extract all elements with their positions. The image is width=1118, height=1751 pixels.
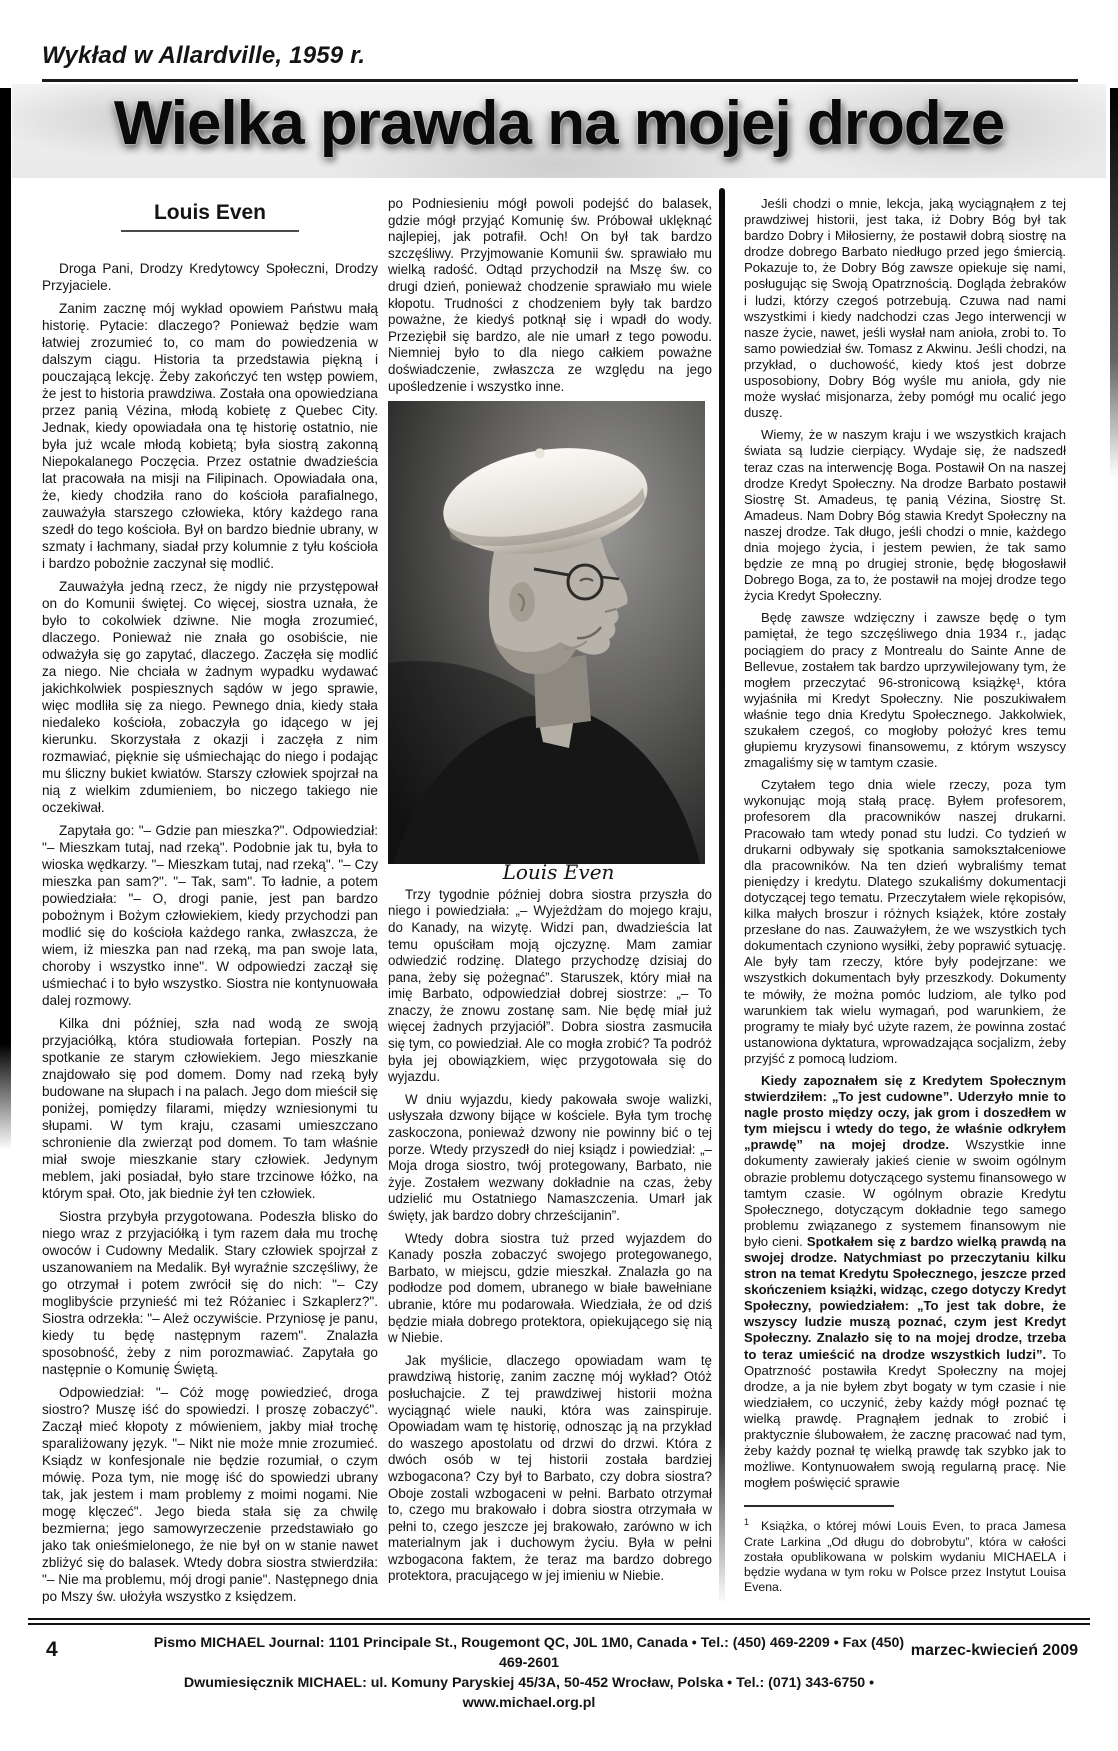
body-text: Wszystkie inne dokumenty zawierały jakie… xyxy=(744,1137,1066,1249)
bold-text: Spotkałem się z bardzo wielką prawdą na … xyxy=(744,1234,1066,1362)
issue-date: marzec-kwiecień 2009 xyxy=(911,1642,1078,1660)
paragraph: Zanim zacznę mój wykład opowiem Państwu … xyxy=(42,300,378,572)
article-column-1: Louis Even Droga Pani, Drodzy Kredytowcy… xyxy=(42,196,378,1612)
paragraph: Kilka dni później, szła nad wodą ze swoj… xyxy=(42,1015,378,1202)
byline-spacer xyxy=(42,232,378,260)
newspaper-page: Wykład w Allardville, 1959 r. Wielka pra… xyxy=(0,0,1118,1751)
footnote-text: Książka, o której mówi Louis Even, to pr… xyxy=(744,1520,1066,1594)
paragraph: Odpowiedział: "– Cóż mogę powiedzieć, dr… xyxy=(42,1384,378,1605)
kicker-divider xyxy=(42,79,1078,82)
paragraph: Zabrała go do prezbiterium na spotkanie … xyxy=(42,1611,378,1612)
article-title: Wielka prawda na mojej drodze xyxy=(0,88,1118,159)
publisher-address-line-2: Dwumiesięcznik MICHAEL: ul. Komuny Parys… xyxy=(140,1673,918,1713)
article-column-3: Jeśli chodzi o mnie, lekcja, jaką wyciąg… xyxy=(744,196,1066,1612)
paragraph: Wiemy, że w naszym kraju i we wszystkich… xyxy=(744,427,1066,604)
footer-double-rule xyxy=(28,1618,1090,1625)
publisher-address-line-1: Pismo MICHAEL Journal: 1101 Principale S… xyxy=(140,1633,918,1673)
paragraph: po Podniesieniu mógł powoli podejść do b… xyxy=(388,196,712,395)
paragraph: Trzy tygodnie później dobra siostra przy… xyxy=(388,887,712,1086)
body-text: To Opatrzność postawiła Kredyt Społeczny… xyxy=(744,1347,1066,1491)
paragraph: W dniu wyjazdu, kiedy pakowała swoje wal… xyxy=(388,1092,712,1225)
scan-edge-shadow-left xyxy=(0,88,11,1150)
article-column-2: po Podniesieniu mógł powoli podejść do b… xyxy=(388,196,712,1612)
footnote-marker: 1 xyxy=(744,1517,749,1527)
paragraph: Będę zawsze wdzięczny i zawsze będę o ty… xyxy=(744,610,1066,771)
page-number: 4 xyxy=(46,1638,58,1662)
paragraph: Zapytała go: "– Gdzie pan mieszka?". Odp… xyxy=(42,822,378,1009)
paragraph-with-emphasis: Kiedy zapoznałem się z Kredytem Społeczn… xyxy=(744,1073,1066,1491)
portrait-photo xyxy=(388,401,705,864)
paragraph: Wtedy dobra siostra tuż przed wyjazdem d… xyxy=(388,1231,712,1347)
author-byline: Louis Even xyxy=(42,204,378,221)
footnote-divider xyxy=(744,1505,894,1507)
paragraph: Jak myślicie, dlaczego opowiadam wam tę … xyxy=(388,1353,712,1585)
paragraph: Jeśli chodzi o mnie, lekcja, jaką wyciąg… xyxy=(744,196,1066,421)
column-divider-line xyxy=(719,188,725,1604)
paragraph: Zauważyła jedną rzecz, że nigdy nie przy… xyxy=(42,578,378,816)
paragraph: Siostra przybyła przygotowana. Podeszła … xyxy=(42,1208,378,1378)
publisher-info: Pismo MICHAEL Journal: 1101 Principale S… xyxy=(140,1633,918,1713)
photo-caption: Louis Even xyxy=(388,864,712,881)
paragraph: Droga Pani, Drodzy Kredytowcy Społeczni,… xyxy=(42,260,378,294)
louis-even-portrait-illustration xyxy=(388,401,705,864)
footnote: 1 Książka, o której mówi Louis Even, to … xyxy=(744,1515,1066,1594)
article-kicker: Wykład w Allardville, 1959 r. xyxy=(42,42,365,70)
paragraph: Czytałem tego dnia wiele rzeczy, poza ty… xyxy=(744,777,1066,1067)
